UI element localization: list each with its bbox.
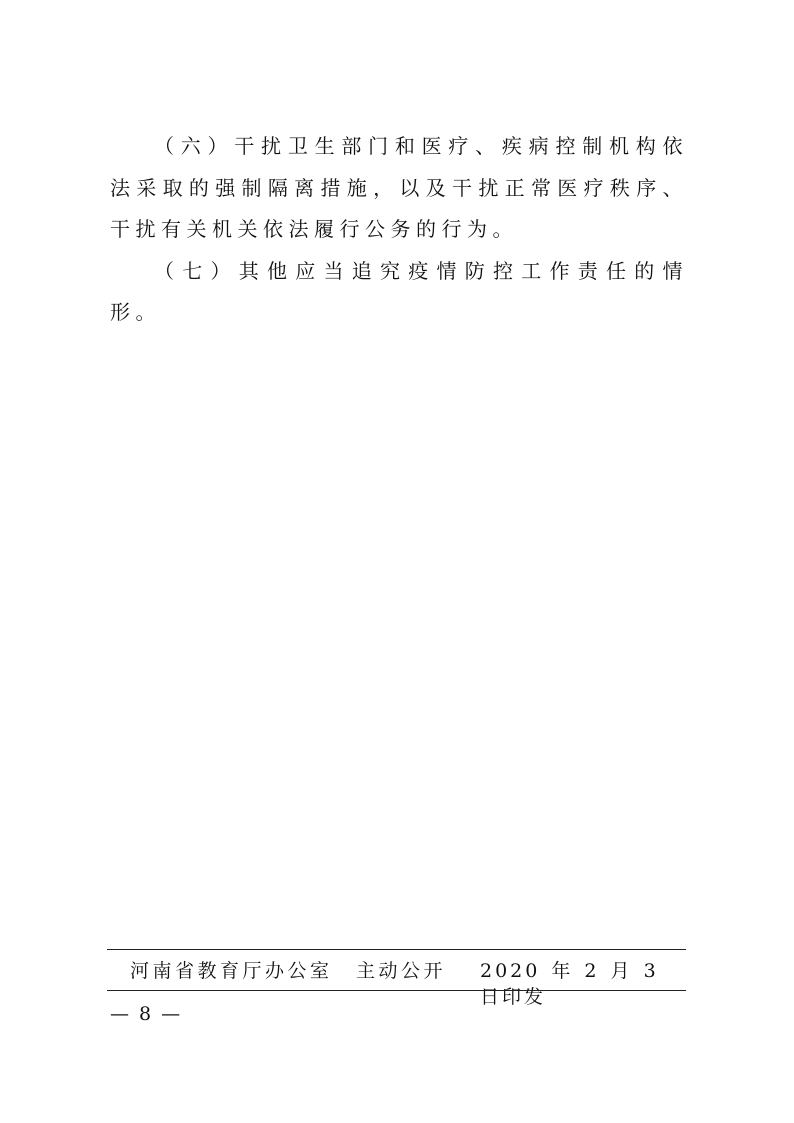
document-body: （六）干扰卫生部门和医疗、疾病控制机构依法采取的强制隔离措施，以及干扰正常医疗秩… [110, 126, 688, 334]
footer-top-rule [107, 949, 686, 950]
footer-bottom-rule [107, 990, 686, 991]
issue-date: 2020 年 2 月 3 日印发 [480, 958, 670, 1010]
disclosure-status: 主动公开 [356, 958, 446, 984]
paragraph-item-6: （六）干扰卫生部门和医疗、疾病控制机构依法采取的强制隔离措施，以及干扰正常医疗秩… [110, 126, 688, 251]
issuance-footer: 河南省教育厅办公室 主动公开 2020 年 2 月 3 日印发 [130, 958, 670, 984]
issuer-name: 河南省教育厅办公室 [130, 958, 333, 984]
page-number: — 8 — [110, 1001, 182, 1027]
paragraph-item-7: （七）其他应当追究疫情防控工作责任的情形。 [110, 251, 688, 334]
document-page: （六）干扰卫生部门和医疗、疾病控制机构依法采取的强制隔离措施，以及干扰正常医疗秩… [0, 0, 794, 1123]
